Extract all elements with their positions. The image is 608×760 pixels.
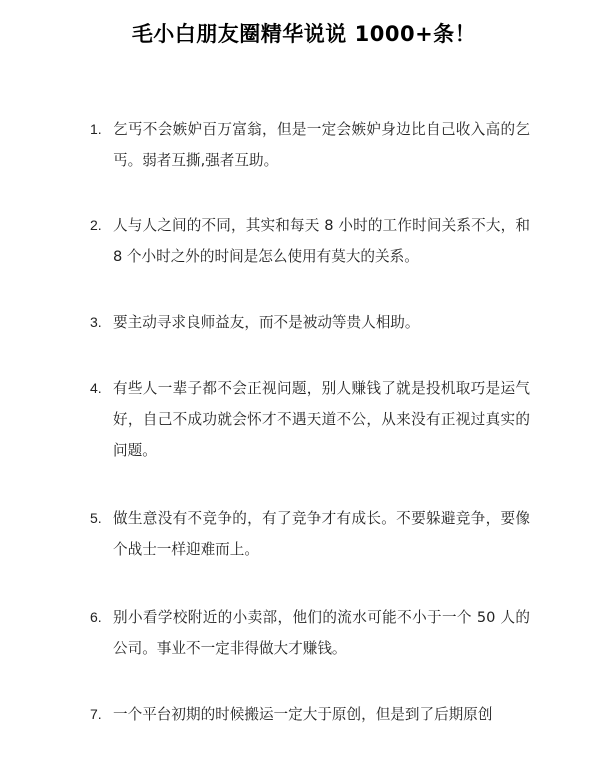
list-item: 7. 一个平台初期的时候搬运一定大于原创，但是到了后期原创 xyxy=(90,699,530,730)
item-text: 乞丐不会嫉妒百万富翁，但是一定会嫉妒身边比自己收入高的乞丐。弱者互撕,强者互助。 xyxy=(113,114,530,176)
item-number: 4. xyxy=(90,373,102,404)
list-item: 1. 乞丐不会嫉妒百万富翁，但是一定会嫉妒身边比自己收入高的乞丐。弱者互撕,强者… xyxy=(90,114,530,176)
list-item: 6. 别小看学校附近的小卖部，他们的流水可能不小于一个 50 人的公司。事业不一… xyxy=(90,602,530,664)
item-text: 一个平台初期的时候搬运一定大于原创，但是到了后期原创 xyxy=(113,699,530,730)
list-item: 2. 人与人之间的不同，其实和每天 8 小时的工作时间关系不大，和 8 个小时之… xyxy=(90,210,530,272)
item-text: 人与人之间的不同，其实和每天 8 小时的工作时间关系不大，和 8 个小时之外的时… xyxy=(113,210,530,272)
item-text: 别小看学校附近的小卖部，他们的流水可能不小于一个 50 人的公司。事业不一定非得… xyxy=(113,602,530,664)
item-text: 有些人一辈子都不会正视问题，别人赚钱了就是投机取巧是运气好，自己不成功就会怀才不… xyxy=(113,373,530,466)
list-item: 4. 有些人一辈子都不会正视问题，别人赚钱了就是投机取巧是运气好，自己不成功就会… xyxy=(90,373,530,466)
item-text: 做生意没有不竞争的，有了竞争才有成长。不要躲避竞争，要像个战士一样迎难而上。 xyxy=(113,503,530,565)
item-number: 3. xyxy=(90,307,102,338)
item-number: 5. xyxy=(90,503,102,534)
list-item: 3. 要主动寻求良师益友，而不是被动等贵人相助。 xyxy=(90,307,530,338)
item-number: 6. xyxy=(90,602,102,633)
item-number: 2. xyxy=(90,210,102,241)
item-number: 7. xyxy=(90,699,102,730)
item-number: 1. xyxy=(90,114,102,145)
document-title: 毛小白朋友圈精华说说 1000+条！ xyxy=(0,18,608,48)
list-item: 5. 做生意没有不竞争的，有了竞争才有成长。不要躲避竞争，要像个战士一样迎难而上… xyxy=(90,503,530,565)
item-text: 要主动寻求良师益友，而不是被动等贵人相助。 xyxy=(113,307,530,338)
